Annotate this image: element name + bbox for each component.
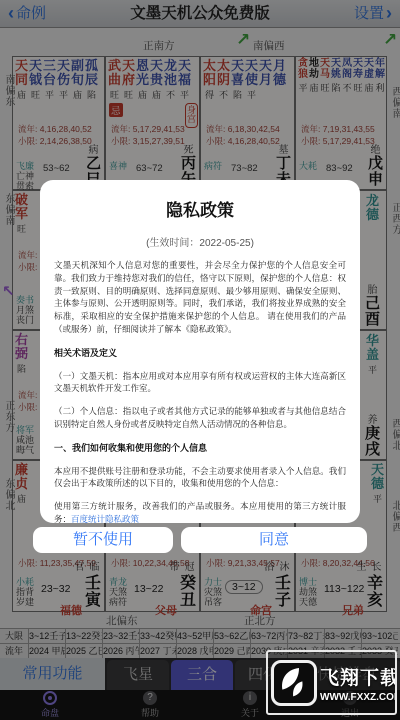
- watermark-text: 飞翔下载 WWW.FXXZ.COM: [320, 663, 395, 703]
- modal-paragraph: 本应用不提供账号注册和登录功能，不会主动要求使用者录入个人信息。我们仅会出于本政…: [54, 465, 346, 491]
- modal-effective-date: (生效时间：2022-05-25): [40, 234, 360, 249]
- modal-title: 隐私政策: [40, 196, 360, 221]
- fxxz-logo-icon: [271, 660, 317, 706]
- modal-paragraph: （二）个人信息：指以电子或者其他方式记录的能够单独或者与其他信息结合识别特定自然…: [54, 405, 346, 431]
- modal-body: 文墨天机深知个人信息对您的重要性，并会尽全力保护您的个人信息安全可靠。我们致力于…: [54, 259, 346, 523]
- watermark-url: WWW.FXXZ.COM: [320, 692, 395, 703]
- modal-paragraph: 使用第三方统计服务，改善我们的产品或服务。本应用使用的第三方统计服务：百度统计隐…: [54, 500, 346, 523]
- modal-heading: 相关术语及定义: [54, 347, 346, 360]
- app-root: ‹ 命例 文墨天机公众免费版 设置 › 正南方 南偏西 ↗ ↗ ↖ 南偏东 东偏…: [0, 0, 400, 720]
- privacy-policy-modal: 隐私政策 (生效时间：2022-05-25) 文墨天机深知个人信息对您的重要性，…: [40, 180, 360, 523]
- modal-paragraph: 文墨天机深知个人信息对您的重要性，并会尽全力保护您的个人信息安全可靠。我们致力于…: [54, 259, 346, 336]
- privacy-policy-link[interactable]: 百度统计隐私政策: [71, 514, 139, 523]
- fxxz-watermark: 飞翔下载 WWW.FXXZ.COM: [266, 650, 397, 715]
- watermark-title: 飞翔下载: [320, 663, 395, 690]
- modal-heading: 一、我们如何收集和使用您的个人信息: [54, 442, 346, 455]
- modal-paragraph: （一）文墨天机：指本应用或对本应用享有所有权或运营权的主体大连高新区文墨天机软件…: [54, 370, 346, 396]
- decline-button[interactable]: 暂不使用: [33, 527, 173, 553]
- agree-button[interactable]: 同意: [181, 527, 367, 553]
